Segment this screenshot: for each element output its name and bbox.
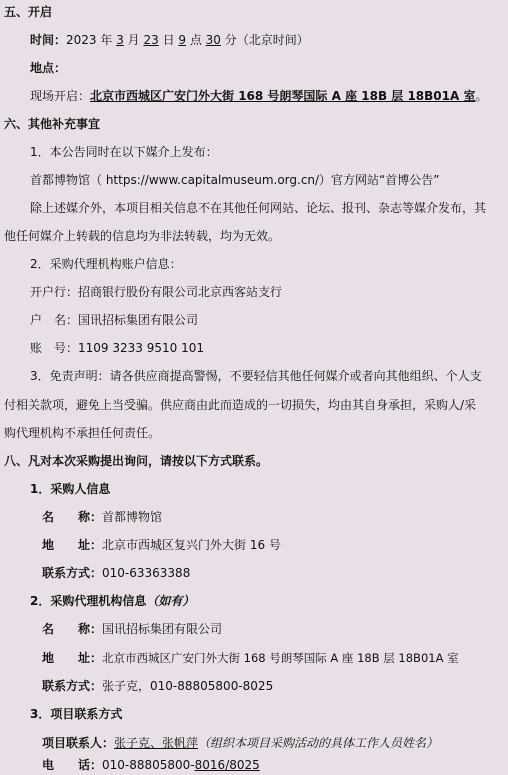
bank-line: 开户行：招商银行股份有限公司北京西客站支行 [30, 284, 282, 300]
label-char-a: 名 [42, 510, 54, 524]
project-phone-label: 电话： [42, 757, 102, 773]
project-person-line: 项目联系人：张子克、张帆萍（组织本项目采购活动的具体工作人员姓名） [42, 735, 438, 751]
project-phone-line: 电话：010-88805800-8016/8025 [42, 757, 260, 773]
project-person-value: 张子克、张帆萍 [114, 736, 198, 750]
label-char-a: 电 [42, 758, 54, 772]
disclaimer-line3: 购代理机构不承担任何责任。 [4, 425, 160, 441]
bank-value: 招商银行股份有限公司北京西客站支行 [78, 285, 282, 299]
onsite-open-line: 现场开启：北京市西城区广安门外大街 168 号朗琴国际 A 座 18B 层 18… [30, 88, 487, 104]
media-item-note-line1: 除上述媒介外，本项目相关信息不在其他任何网站、论坛、报刊、杂志等媒介发布，其 [30, 200, 486, 216]
agency-contact-label: 联系方式： [42, 679, 102, 693]
label-char-a: 地 [42, 538, 54, 552]
label-char-a: 地 [42, 651, 54, 665]
purchaser-contact-line: 联系方式：010-63363388 [42, 565, 190, 581]
media-item-note-line2: 他任何媒介上转载的信息均为非法转载，均为无效。 [4, 228, 280, 244]
account-name-label: 户 名： [30, 313, 78, 327]
purchaser-address-label: 地址： [42, 537, 102, 553]
media-item-title: 1．本公告同时在以下媒介上发布： [30, 144, 218, 160]
open-time-day-unit: 日 [159, 33, 179, 47]
open-time-minute-unit: 分（北京时间） [221, 33, 309, 47]
purchaser-address-value: 北京市西城区复兴门外大街 16 号 [102, 538, 281, 552]
purchaser-info-title: 1．采购人信息 [30, 481, 110, 497]
purchaser-contact-label: 联系方式： [42, 566, 102, 580]
open-time-day: 23 [143, 33, 158, 47]
open-time-year: 2023 年 [66, 33, 116, 47]
account-number-value: 1109 3233 9510 101 [78, 341, 204, 355]
project-contact-title: 3．项目联系方式 [30, 706, 122, 722]
agency-address-line: 地址：北京市西城区广安门外大街 168 号朗琴国际 A 座 18B 层 18B0… [42, 650, 459, 666]
label-char-b: 称： [78, 509, 102, 525]
account-number-line: 账 号：1109 3233 9510 101 [30, 340, 204, 356]
open-time-month: 3 [116, 33, 124, 47]
project-phone-ext: 8016/8025 [195, 758, 260, 772]
agency-name-line: 名称：国讯招标集团有限公司 [42, 621, 222, 637]
open-time-month-unit: 月 [124, 33, 144, 47]
project-phone-prefix: 010-88805800- [102, 758, 195, 772]
purchaser-name-line: 名称：首都博物馆 [42, 509, 162, 525]
open-place-label: 地点： [30, 60, 66, 76]
account-number-label: 账 号： [30, 341, 78, 355]
label-char-b: 称： [78, 621, 102, 637]
onsite-open-end: 。 [475, 89, 487, 103]
account-name-value: 国讯招标集团有限公司 [78, 313, 198, 327]
label-char-a: 名 [42, 622, 54, 636]
bank-label: 开户行： [30, 285, 78, 299]
agency-address-label: 地址： [42, 650, 102, 666]
media-item-website: 首都博物馆（ https://www.capitalmuseum.org.cn/… [30, 172, 440, 188]
open-time-line: 时间：2023 年 3 月 23 日 9 点 30 分（北京时间） [30, 32, 309, 48]
purchaser-name-label: 名称： [42, 509, 102, 525]
label-char-b: 话： [78, 757, 102, 773]
agency-name-label: 名称： [42, 621, 102, 637]
agency-contact-value: 张子克，010-88805800-8025 [102, 679, 273, 693]
label-char-b: 址： [78, 537, 102, 553]
onsite-open-address: 北京市西城区广安门外大街 168 号朗琴国际 A 座 18B 层 18B01A … [90, 89, 475, 103]
agency-address-value: 北京市西城区广安门外大街 168 号朗琴国际 A 座 18B 层 18B01A … [102, 651, 459, 665]
open-time-label: 时间： [30, 33, 66, 47]
project-person-label: 项目联系人： [42, 736, 114, 750]
project-person-note: （组织本项目采购活动的具体工作人员姓名） [198, 736, 438, 750]
account-info-title: 2．采购代理机构账户信息： [30, 256, 182, 272]
agency-info-title: 2．采购代理机构信息（如有） [30, 593, 194, 609]
account-name-line: 户 名：国讯招标集团有限公司 [30, 312, 198, 328]
purchaser-contact-value: 010-63363388 [102, 566, 190, 580]
agency-info-title-note: （如有） [146, 594, 194, 608]
disclaimer-line2: 付相关款项，避免上当受骗。供应商由此而造成的一切损失，均由其自身承担，采购人/采 [4, 397, 476, 413]
onsite-open-label: 现场开启： [30, 89, 90, 103]
purchaser-address-line: 地址：北京市西城区复兴门外大街 16 号 [42, 537, 281, 553]
section-eight-heading: 八、凡对本次采购提出询问，请按以下方式联系。 [4, 453, 268, 469]
section-five-heading: 五、开启 [4, 4, 52, 20]
section-six-heading: 六、其他补充事宜 [4, 116, 100, 132]
agency-info-title-text: 2．采购代理机构信息 [30, 594, 146, 608]
open-time-minute: 30 [206, 33, 221, 47]
disclaimer-line1: 3．免责声明：请各供应商提高警惕，不要轻信其他任何媒介或者向其他组织、个人支 [30, 368, 482, 384]
agency-contact-line: 联系方式：张子克，010-88805800-8025 [42, 678, 273, 694]
open-time-hour-unit: 点 [186, 33, 206, 47]
open-time-hour: 9 [178, 33, 186, 47]
purchaser-name-value: 首都博物馆 [102, 510, 162, 524]
label-char-b: 址： [78, 650, 102, 666]
agency-name-value: 国讯招标集团有限公司 [102, 622, 222, 636]
